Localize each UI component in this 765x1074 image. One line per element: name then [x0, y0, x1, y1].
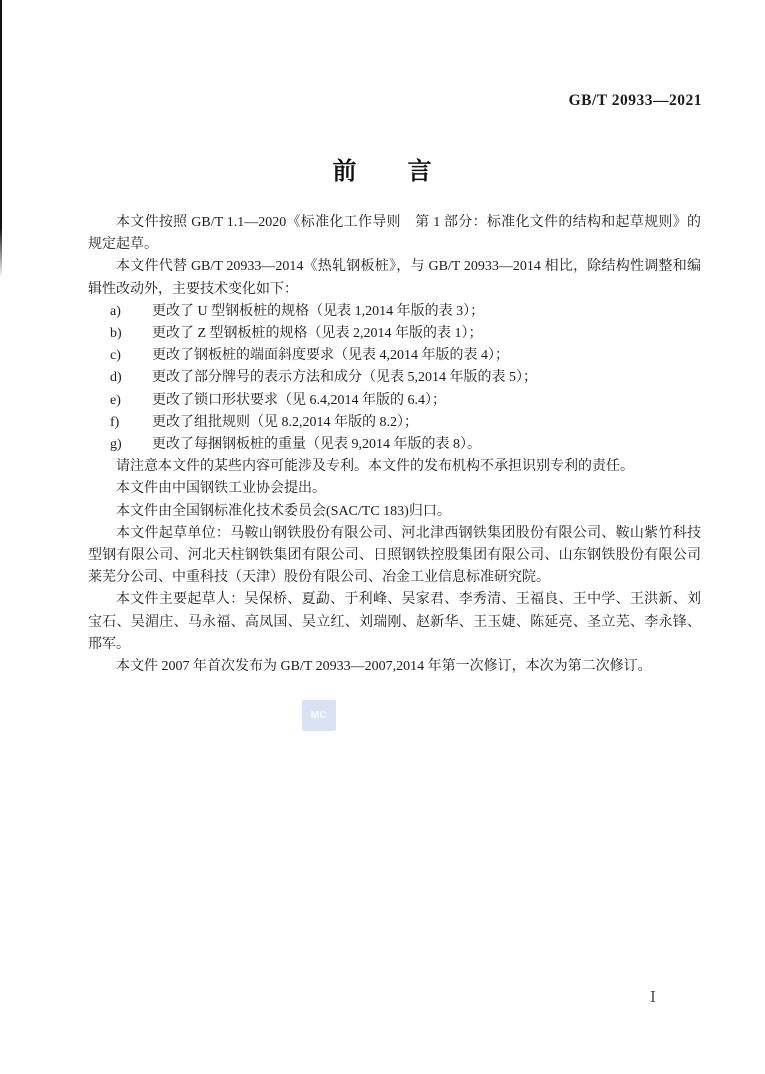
paragraph: 本文件主要起草人：吴保桥、夏勐、于利峰、吴家君、李秀清、王福良、王中学、王洪新、… [88, 589, 701, 656]
change-list-item: a) 更改了 U 型钢板桩的规格（见表 1,2014 年版的表 3）； [88, 301, 701, 323]
foreword-body: 本文件按照 GB/T 1.1—2020《标准化工作导则 第 1 部分：标准化文件… [88, 212, 701, 678]
list-text: 更改了组批规则（见 8.2,2014 年版的 8.2）； [152, 412, 701, 434]
change-list-item: f) 更改了组批规则（见 8.2,2014 年版的 8.2）； [88, 412, 701, 434]
watermark-text: MC [311, 710, 328, 721]
paragraph: 请注意本文件的某些内容可能涉及专利。本文件的发布机构不承担识别专利的责任。 [88, 456, 701, 478]
change-list-item: b) 更改了 Z 型钢板桩的规格（见表 2,2014 年版的表 1）； [88, 323, 701, 345]
change-list-item: g) 更改了每捆钢板桩的重量（见表 9,2014 年版的表 8）。 [88, 434, 701, 456]
paragraph: 本文件代替 GB/T 20933—2014《热轧钢板桩》，与 GB/T 2093… [88, 256, 701, 300]
list-text: 更改了每捆钢板桩的重量（见表 9,2014 年版的表 8）。 [152, 434, 701, 456]
page-number: Ⅰ [650, 988, 656, 1007]
change-list-item: c) 更改了钢板桩的端面斜度要求（见表 4,2014 年版的表 4）； [88, 345, 701, 367]
paragraph: 本文件按照 GB/T 1.1—2020《标准化工作导则 第 1 部分：标准化文件… [88, 212, 701, 256]
list-text: 更改了 U 型钢板桩的规格（见表 1,2014 年版的表 3）； [152, 301, 701, 323]
list-marker: g) [110, 434, 152, 456]
paragraph: 本文件起草单位：马鞍山钢铁股份有限公司、河北津西钢铁集团股份有限公司、鞍山紫竹科… [88, 523, 701, 590]
list-marker: c) [110, 345, 152, 367]
paragraph: 本文件由中国钢铁工业协会提出。 [88, 478, 701, 500]
change-list-item: e) 更改了锁口形状要求（见 6.4,2014 年版的 6.4）； [88, 390, 701, 412]
list-marker: a) [110, 301, 152, 323]
standard-number: GB/T 20933—2021 [569, 92, 702, 110]
change-list-item: d) 更改了部分牌号的表示方法和成分（见表 5,2014 年版的表 5）； [88, 367, 701, 389]
paragraph: 本文件由全国钢标准化技术委员会(SAC/TC 183)归口。 [88, 501, 701, 523]
page-title: 前 言 [0, 151, 765, 186]
watermark-logo: MC [302, 700, 336, 731]
list-text: 更改了锁口形状要求（见 6.4,2014 年版的 6.4）； [152, 390, 701, 412]
list-marker: e) [110, 390, 152, 412]
list-text: 更改了钢板桩的端面斜度要求（见表 4,2014 年版的表 4）； [152, 345, 701, 367]
list-text: 更改了部分牌号的表示方法和成分（见表 5,2014 年版的表 5）； [152, 367, 701, 389]
list-marker: f) [110, 412, 152, 434]
document-page: GB/T 20933—2021 前 言 本文件按照 GB/T 1.1—2020《… [0, 0, 765, 1074]
scan-artifact-line [0, 0, 2, 278]
paragraph: 本文件 2007 年首次发布为 GB/T 20933—2007,2014 年第一… [88, 656, 701, 678]
list-marker: d) [110, 367, 152, 389]
list-marker: b) [110, 323, 152, 345]
list-text: 更改了 Z 型钢板桩的规格（见表 2,2014 年版的表 1）； [152, 323, 701, 345]
